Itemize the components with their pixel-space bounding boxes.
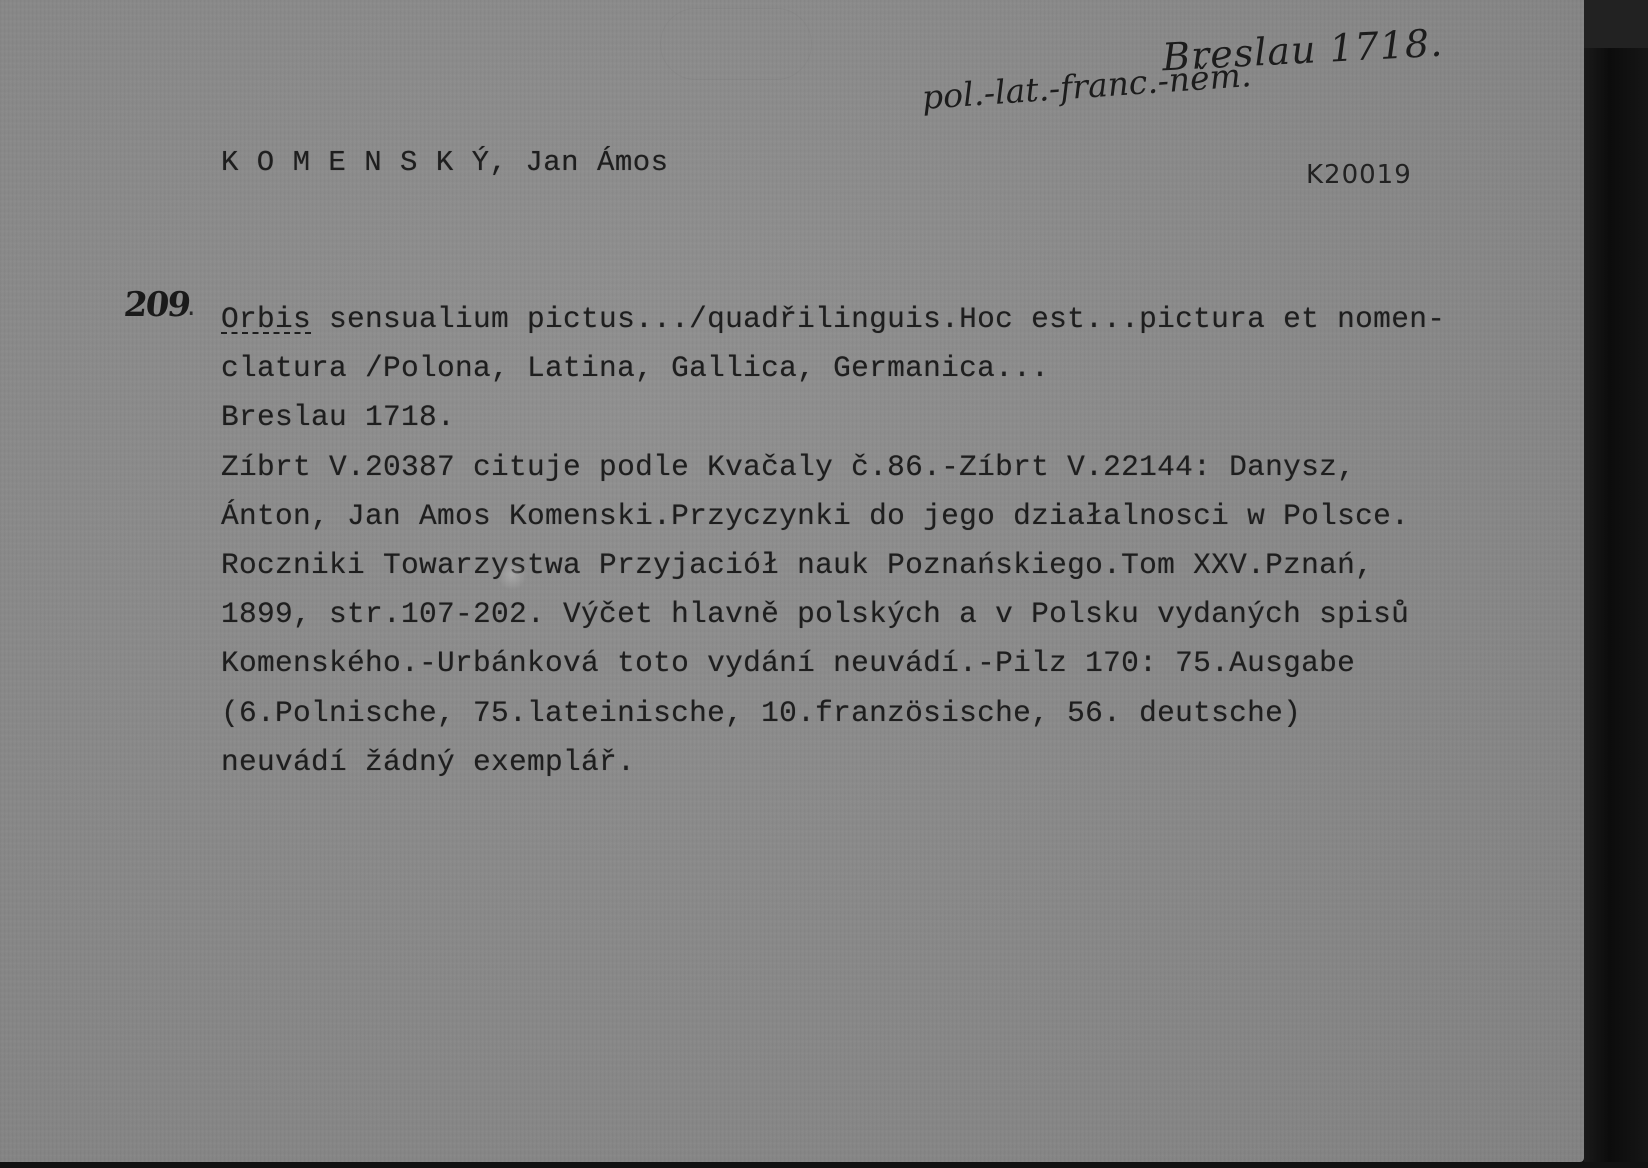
scanner-border-right [1584, 0, 1648, 1168]
description-line-6: Roczniki Towarzystwa Przyjaciół nauk Poz… [221, 541, 1445, 590]
scanner-border-bottom [0, 1162, 1648, 1168]
description-line-7: 1899, str.107-202. Výčet hlavně polských… [221, 590, 1445, 639]
handwritten-languages: pol.-lat.-franc.-něm. [921, 55, 1253, 117]
title-keyword: Orbis [221, 302, 311, 336]
catalog-card: Breslau 1718. pol.-lat.-franc.-něm. K200… [0, 0, 1584, 1162]
scanner-border-corner [1584, 0, 1648, 48]
description-line-8: Komenského.-Urbánková toto vydání neuvád… [221, 639, 1445, 688]
description-line-1-text: sensualium pictus.../quadřilinguis.Hoc e… [311, 302, 1445, 336]
entry-number: 209 [122, 285, 191, 325]
faint-stamp-mark [660, 8, 812, 80]
description-line-9: (6.Polnische, 75.lateinische, 10.französ… [221, 689, 1445, 738]
description-line-2: clatura /Polona, Latina, Gallica, German… [221, 344, 1445, 393]
entry-number-dot: . [184, 296, 198, 323]
description-line-5: Ánton, Jan Amos Komenski.Przyczynki do j… [221, 492, 1445, 541]
bibliographic-description: Orbis sensualium pictus.../quadřilinguis… [221, 295, 1445, 787]
description-line-3: Breslau 1718. [221, 393, 1445, 442]
description-line-1: Orbis sensualium pictus.../quadřilinguis… [221, 295, 1445, 344]
handwritten-shelf-signature: K20019 [1306, 160, 1412, 190]
author-heading: K O M E N S K Ý, Jan Ámos [221, 146, 669, 179]
description-line-4: Zíbrt V.20387 cituje podle Kvačaly č.86.… [221, 443, 1445, 492]
description-line-10: neuvádí žádný exemplář. [221, 738, 1445, 787]
scan-artifact [497, 560, 527, 590]
